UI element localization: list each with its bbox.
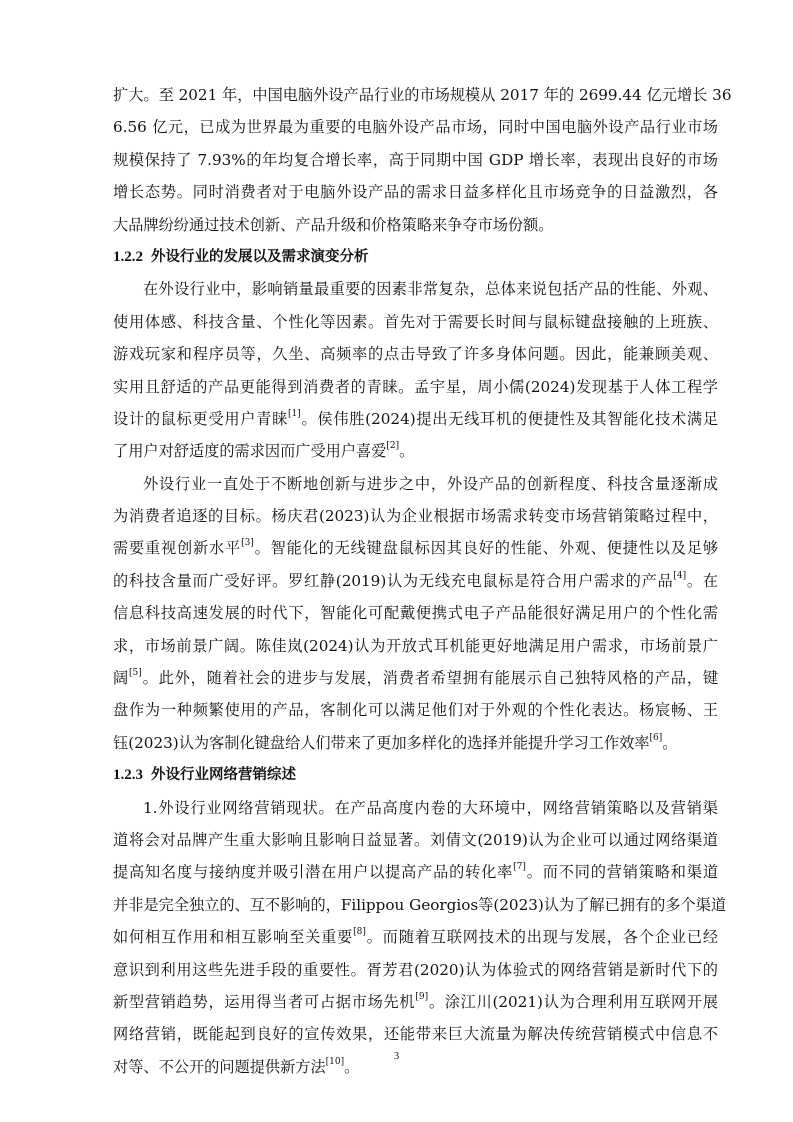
- text-line: 信息科技高速发展的时代下，智能化可配戴便携式电子产品能很好满足用户的个性化需: [113, 597, 718, 629]
- line-text: 。侯伟胜(2024)提出无线耳机的便捷性及其智能化技术满足: [301, 410, 718, 428]
- paragraph: 在外设行业中，影响销量最重要的因素非常复杂，总体来说包括产品的性能、外观、使用体…: [113, 273, 718, 467]
- citation-ref: [1]: [288, 409, 301, 419]
- text-line: 网络营销，既能起到良好的宣传效果，还能带来巨大流量为解决传统营销模式中信息不: [113, 1018, 718, 1050]
- line-text: 了用户对舒适度的需求因而广受用户喜爱: [113, 442, 386, 460]
- citation-ref: [6]: [650, 733, 663, 743]
- text-line: 为消费者追逐的目标。杨庆君(2023)认为企业根据市场需求转变市场营销策略过程中…: [113, 500, 718, 532]
- paragraph: 外设行业一直处于不断地创新与进步之中，外设产品的创新程度、科技含量逐渐成为消费者…: [113, 468, 718, 760]
- text-line: 提高知名度与接纳度并吸引潜在用户以提高产品的转化率[7]。而不同的营销策略和渠道: [113, 856, 718, 888]
- line-text: 增长态势。同时消费者对于电脑外设产品的需求日益多样化且市场竞争的日益激烈，各: [113, 183, 718, 201]
- citation-ref: [2]: [386, 441, 399, 451]
- text-line: 外设行业一直处于不断地创新与进步之中，外设产品的创新程度、科技含量逐渐成: [113, 468, 718, 500]
- line-text: 信息科技高速发展的时代下，智能化可配戴便携式电子产品能很好满足用户的个性化需: [113, 604, 718, 622]
- line-text: 规模保持了 7.93%的年均复合增长率，高于同期中国 GDP 增长率，表现出良好…: [113, 151, 718, 169]
- line-text: 提高知名度与接纳度并吸引潜在用户以提高产品的转化率: [113, 863, 513, 881]
- line-text: 。智能化的无线键盘鼠标因其良好的性能、外观、便捷性以及足够: [254, 539, 718, 557]
- citation-ref: [7]: [513, 862, 526, 872]
- line-text: 如何相互作用和相互影响至关重要: [113, 928, 353, 946]
- line-text: 1.外设行业网络营销现状。在产品高度内卷的大环境中，网络营销策略以及营销渠: [143, 799, 718, 817]
- line-text: 盘作为一种频繁使用的产品，客制化可以满足他们对于外观的个性化表达。杨宸畅、王: [113, 701, 718, 719]
- line-text: 阔: [113, 669, 129, 687]
- citation-ref: [9]: [415, 992, 428, 1002]
- line-text: 网络营销，既能起到良好的宣传效果，还能带来巨大流量为解决传统营销模式中信息不: [113, 1025, 718, 1043]
- line-text: 。: [399, 442, 414, 460]
- text-line: 如何相互作用和相互影响至关重要[8]。而随着互联网技术的出现与发展，各个企业已经: [113, 921, 718, 953]
- line-text: 扩大。至 2021 年，中国电脑外设产品行业的市场规模从 2017 年的 269…: [113, 86, 731, 104]
- line-text: 的科技含量而广受好评。罗红静(2019)认为无线充电鼠标是符合用户需求的产品: [113, 572, 673, 590]
- line-text: 在外设行业中，影响销量最重要的因素非常复杂，总体来说包括产品的性能、外观、: [143, 280, 718, 298]
- text-line: 规模保持了 7.93%的年均复合增长率，高于同期中国 GDP 增长率，表现出良好…: [113, 144, 718, 176]
- line-text: 实用且舒适的产品更能得到消费者的青睐。孟宇星，周小儒(2024)发现基于人体工程…: [113, 378, 718, 396]
- line-text: 使用体感、科技含量、个性化等因素。首先对于需要长时间与鼠标键盘接触的上班族、: [113, 313, 718, 331]
- page-number: 3: [0, 1050, 793, 1062]
- text-line: 游戏玩家和程序员等，久坐、高频率的点击导致了许多身体问题。因此，能兼顾美观、: [113, 338, 718, 370]
- line-text: 求，市场前景广阔。陈佳岚(2024)认为开放式耳机能更好地满足用户需求，市场前景…: [113, 637, 718, 655]
- section-section-1-2-3: 1.2.3外设行业网络营销综述1.外设行业网络营销现状。在产品高度内卷的大环境中…: [113, 759, 718, 1083]
- citation-ref: [4]: [673, 571, 686, 581]
- line-text: 外设行业一直处于不断地创新与进步之中，外设产品的创新程度、科技含量逐渐成: [143, 475, 718, 493]
- text-line: 扩大。至 2021 年，中国电脑外设产品行业的市场规模从 2017 年的 269…: [113, 79, 718, 111]
- heading-title: 外设行业的发展以及需求演变分析: [151, 249, 369, 265]
- line-text: 。而不同的营销策略和渠道: [526, 863, 718, 881]
- text-line: 新型营销趋势，运用得当者可占据市场先机[9]。涂江川(2021)认为合理利用互联…: [113, 986, 718, 1018]
- text-line: 实用且舒适的产品更能得到消费者的青睐。孟宇星，周小儒(2024)发现基于人体工程…: [113, 371, 718, 403]
- text-line: 并非是完全独立的、互不影响的，Filippou Georgios等(2023)认…: [113, 889, 718, 921]
- line-text: 。涂江川(2021)认为合理利用互联网开展: [428, 993, 718, 1011]
- line-text: 设计的鼠标更受用户青睐: [113, 410, 288, 428]
- line-text: 。: [662, 734, 677, 752]
- line-text: 并非是完全独立的、互不影响的，Filippou Georgios等(2023)认…: [113, 896, 726, 914]
- text-line: 的科技含量而广受好评。罗红静(2019)认为无线充电鼠标是符合用户需求的产品[4…: [113, 565, 718, 597]
- text-line: 需要重视创新水平[3]。智能化的无线键盘鼠标因其良好的性能、外观、便捷性以及足够: [113, 532, 718, 564]
- paragraph: 扩大。至 2021 年，中国电脑外设产品行业的市场规模从 2017 年的 269…: [113, 79, 718, 241]
- document-body: 扩大。至 2021 年，中国电脑外设产品行业的市场规模从 2017 年的 269…: [113, 79, 718, 1083]
- text-line: 道将会对品牌产生重大影响且影响日益显著。刘倩文(2019)认为企业可以通过网络渠…: [113, 824, 718, 856]
- section-heading: 1.2.3外设行业网络营销综述: [113, 759, 718, 791]
- text-line: 1.外设行业网络营销现状。在产品高度内卷的大环境中，网络营销策略以及营销渠: [113, 792, 718, 824]
- line-text: 意识到利用这些先进手段的重要性。胥芳君(2020)认为体验式的网络营销是新时代下…: [113, 961, 718, 979]
- text-line: 了用户对舒适度的需求因而广受用户喜爱[2]。: [113, 435, 718, 467]
- text-line: 在外设行业中，影响销量最重要的因素非常复杂，总体来说包括产品的性能、外观、: [113, 273, 718, 305]
- text-line: 增长态势。同时消费者对于电脑外设产品的需求日益多样化且市场竞争的日益激烈，各: [113, 176, 718, 208]
- text-line: 使用体感、科技含量、个性化等因素。首先对于需要长时间与鼠标键盘接触的上班族、: [113, 306, 718, 338]
- text-line: 钰(2023)认为客制化键盘给人们带来了更加多样化的选择并能提升学习工作效率[6…: [113, 727, 718, 759]
- heading-number: 1.2.2: [113, 249, 143, 265]
- line-text: 。在: [686, 572, 718, 590]
- text-line: 求，市场前景广阔。陈佳岚(2024)认为开放式耳机能更好地满足用户需求，市场前景…: [113, 630, 718, 662]
- text-line: 意识到利用这些先进手段的重要性。胥芳君(2020)认为体验式的网络营销是新时代下…: [113, 954, 718, 986]
- text-line: 6.56 亿元，已成为世界最为重要的电脑外设产品市场，同时中国电脑外设产品行业市…: [113, 111, 718, 143]
- heading-number: 1.2.3: [113, 767, 143, 783]
- text-line: 盘作为一种频繁使用的产品，客制化可以满足他们对于外观的个性化表达。杨宸畅、王: [113, 694, 718, 726]
- line-text: 道将会对品牌产生重大影响且影响日益显著。刘倩文(2019)认为企业可以通过网络渠…: [113, 831, 718, 849]
- line-text: 6.56 亿元，已成为世界最为重要的电脑外设产品市场，同时中国电脑外设产品行业市…: [113, 118, 718, 136]
- line-text: 。此外，随着社会的进步与发展，消费者希望拥有能展示自己独特风格的产品，键: [142, 669, 718, 687]
- citation-ref: [5]: [129, 668, 142, 678]
- text-line: 大品牌纷纷通过技术创新、产品升级和价格策略来争夺市场份额。: [113, 209, 718, 241]
- citation-ref: [8]: [353, 927, 366, 937]
- heading-title: 外设行业网络营销综述: [151, 767, 296, 783]
- citation-ref: [3]: [241, 538, 254, 548]
- text-line: 阔[5]。此外，随着社会的进步与发展，消费者希望拥有能展示自己独特风格的产品，键: [113, 662, 718, 694]
- line-text: 为消费者追逐的目标。杨庆君(2023)认为企业根据市场需求转变市场营销策略过程中…: [113, 507, 718, 525]
- section-heading: 1.2.2外设行业的发展以及需求演变分析: [113, 241, 718, 273]
- line-text: 大品牌纷纷通过技术创新、产品升级和价格策略来争夺市场份额。: [113, 216, 553, 234]
- line-text: 。而随着互联网技术的出现与发展，各个企业已经: [366, 928, 718, 946]
- line-text: 新型营销趋势，运用得当者可占据市场先机: [113, 993, 415, 1011]
- document-page: 扩大。至 2021 年，中国电脑外设产品行业的市场规模从 2017 年的 269…: [113, 79, 718, 1083]
- line-text: 需要重视创新水平: [113, 539, 241, 557]
- paragraph: 1.外设行业网络营销现状。在产品高度内卷的大环境中，网络营销策略以及营销渠道将会…: [113, 792, 718, 1084]
- section-section-1-2-2: 1.2.2外设行业的发展以及需求演变分析在外设行业中，影响销量最重要的因素非常复…: [113, 241, 718, 759]
- line-text: 钰(2023)认为客制化键盘给人们带来了更加多样化的选择并能提升学习工作效率: [113, 734, 650, 752]
- text-line: 设计的鼠标更受用户青睐[1]。侯伟胜(2024)提出无线耳机的便捷性及其智能化技…: [113, 403, 718, 435]
- section-intro-tail: 扩大。至 2021 年，中国电脑外设产品行业的市场规模从 2017 年的 269…: [113, 79, 718, 241]
- line-text: 游戏玩家和程序员等，久坐、高频率的点击导致了许多身体问题。因此，能兼顾美观、: [113, 345, 718, 363]
